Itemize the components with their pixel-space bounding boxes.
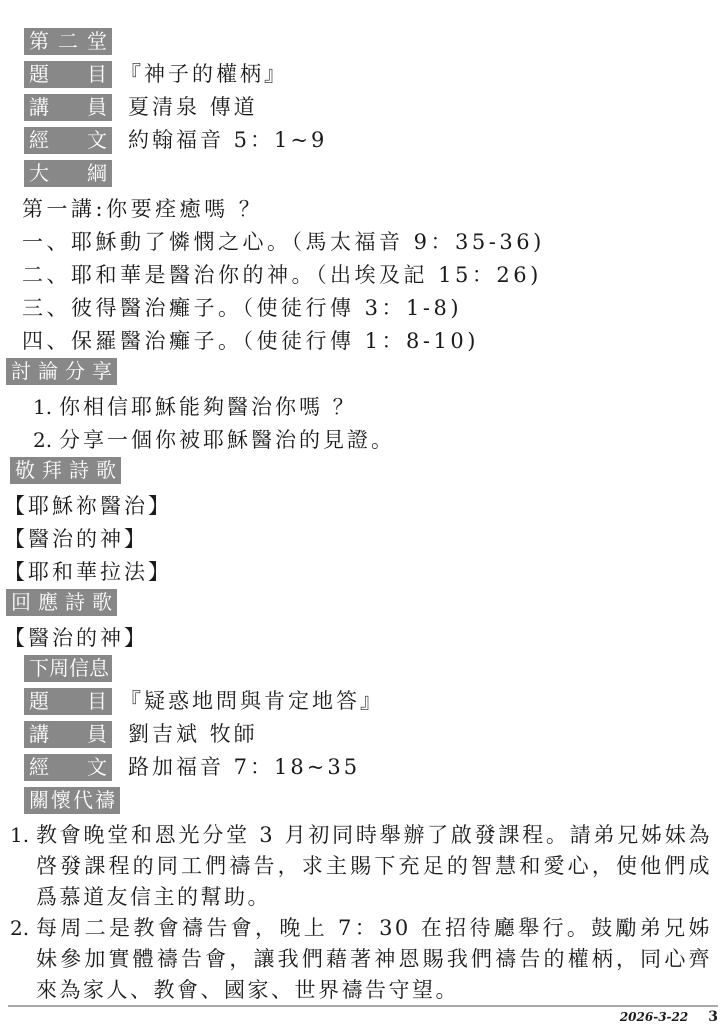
speaker-value: 夏清泉 傳道: [128, 94, 258, 121]
worship-song-title: 【耶和華拉法】: [4, 556, 724, 589]
discussion-item-number: 2.: [33, 424, 59, 457]
session-speaker-row: 講 員 夏清泉 傳道: [24, 94, 724, 127]
outline-point: 一、耶穌動了憐憫之心。（馬太福音 9：35-36): [22, 226, 724, 259]
response-song-title: 【醫治的神】: [4, 622, 724, 655]
session-tag-row: 第 二 堂: [24, 28, 724, 61]
worship-song-title: 【耶穌祢醫治】: [4, 490, 724, 523]
outline-tag-row: 大 綱: [24, 160, 724, 193]
scripture-label-tag: 經 文: [24, 127, 112, 154]
next-week-scripture-row: 經 文 路加福音 7：18~35: [24, 754, 724, 787]
prayer-tag: 關懷代禱: [24, 787, 120, 814]
discussion-item-text: 你相信耶穌能夠醫治你嗎 ？: [59, 391, 357, 424]
next-week-tag: 下周信息: [24, 655, 112, 682]
next-week-topic-row: 題 目 『疑惑地問與肯定地答』: [24, 688, 724, 721]
worship-songs-tag: 敬拜詩歌: [10, 457, 121, 484]
outline-tag: 大 綱: [24, 160, 112, 187]
outline-point: 四、保羅醫治癱子。（使徒行傳 1：8-10): [22, 325, 724, 358]
next-topic-label-tag: 題 目: [24, 688, 112, 715]
next-week-speaker-row: 講 員 劉吉斌 牧師: [24, 721, 724, 754]
speaker-label-tag: 講 員: [24, 94, 112, 121]
next-week-tag-row: 下周信息: [24, 655, 724, 688]
response-songs-tag: 回應詩歌: [6, 589, 117, 616]
bulletin-page: 第 二 堂 題 目 『神子的權柄』 講 員 夏清泉 傳道 經 文 約翰福音 5：…: [0, 0, 724, 1024]
prayer-item: 1. 教會晚堂和恩光分堂 3 月初同時舉辦了啟發課程。請弟兄姊妹為啓發課程的同工…: [10, 820, 712, 913]
prayer-item: 2. 每周二是教會禱告會，晚上 7：30 在招待廳舉行。鼓勵弟兄姊妹參加實體禱告…: [10, 913, 712, 1006]
discussion-item-number: 1.: [33, 391, 59, 424]
next-speaker-label-tag: 講 員: [24, 721, 112, 748]
prayer-item-text: 每周二是教會禱告會，晚上 7：30 在招待廳舉行。鼓勵弟兄姊妹參加實體禱告會，讓…: [36, 913, 712, 1006]
response-tag-row: 回應詩歌: [6, 589, 724, 622]
outline-section: 第一講:你要痊癒嗎 ？ 一、耶穌動了憐憫之心。（馬太福音 9：35-36) 二、…: [0, 193, 724, 358]
outline-point: 三、彼得醫治癱子。（使徒行傳 3：1-8): [22, 292, 724, 325]
discussion-item: 1. 你相信耶穌能夠醫治你嗎 ？: [33, 391, 724, 424]
discussion-item-text: 分享一個你被耶穌醫治的見證。: [59, 424, 395, 457]
prayer-item-number: 2.: [10, 913, 36, 1006]
next-speaker-value: 劉吉斌 牧師: [128, 721, 258, 748]
session-scripture-row: 經 文 約翰福音 5：1~9: [24, 127, 724, 160]
worship-song-title: 【醫治的神】: [4, 523, 724, 556]
prayer-item-text: 教會晚堂和恩光分堂 3 月初同時舉辦了啟發課程。請弟兄姊妹為啓發課程的同工們禱告…: [36, 820, 712, 913]
discussion-tag-row: 討論分享: [6, 358, 724, 391]
next-scripture-label-tag: 經 文: [24, 754, 112, 781]
next-topic-value: 『疑惑地問與肯定地答』: [120, 688, 384, 715]
next-scripture-value: 路加福音 7：18~35: [128, 754, 360, 781]
scripture-value: 約翰福音 5：1~9: [128, 127, 327, 154]
footer-meta: 2026-3-22 3: [8, 1007, 718, 1024]
session-tag: 第 二 堂: [24, 28, 112, 55]
topic-value: 『神子的權柄』: [120, 61, 288, 88]
worship-tag-row: 敬拜詩歌: [10, 457, 724, 490]
prayer-item-number: 1.: [10, 820, 36, 913]
outline-point: 二、耶和華是醫治你的神。（出埃及記 15：26): [22, 259, 724, 292]
prayer-tag-row: 關懷代禱: [24, 787, 724, 820]
session-topic-row: 題 目 『神子的權柄』: [24, 61, 724, 94]
footer-date: 2026-3-22: [620, 1010, 688, 1024]
footer-page-number: 3: [708, 1009, 718, 1024]
discussion-item: 2. 分享一個你被耶穌醫治的見證。: [33, 424, 724, 457]
discussion-tag: 討論分享: [6, 358, 117, 385]
outline-heading: 第一講:你要痊癒嗎 ？: [22, 193, 724, 226]
page-footer: 2026-3-22 3: [8, 1005, 718, 1024]
topic-label-tag: 題 目: [24, 61, 112, 88]
